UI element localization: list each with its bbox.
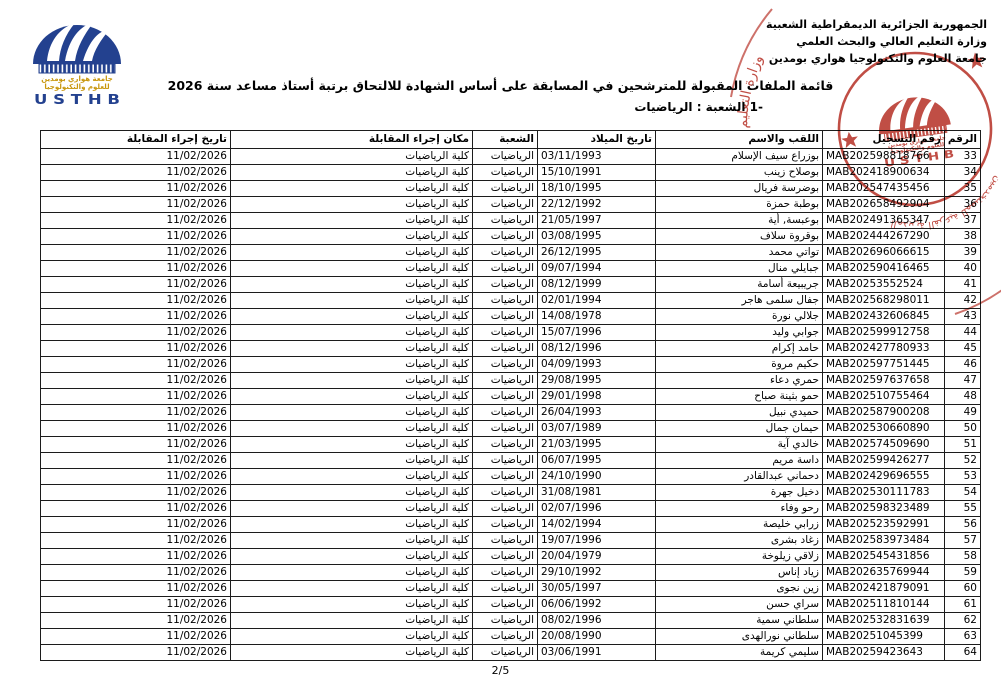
cell-birthdate: 31/08/1981	[538, 485, 656, 501]
cell-birthdate: 03/08/1995	[538, 229, 656, 245]
cell-number: 34	[945, 165, 981, 181]
cell-registration: MAB202587900208	[823, 405, 945, 421]
usthb-logo-icon: جامعة هواري بومدين للعلوم والتكنولوجيا U…	[28, 14, 126, 108]
page-number: 2/5	[0, 664, 1001, 677]
cell-registration: MAB202597751445	[823, 357, 945, 373]
cell-name: حمو بثينة صباح	[656, 389, 823, 405]
cell-venue: كلية الرياضيات	[231, 533, 473, 549]
cell-birthdate: 18/10/1995	[538, 181, 656, 197]
cell-venue: كلية الرياضيات	[231, 517, 473, 533]
table-header-row: الرقم رقم التسجيل اللقب والاسم تاريخ الم…	[41, 131, 981, 149]
table-row: 48 MAB202510755464 حمو بثينة صباح 29/01/…	[41, 389, 981, 405]
cell-number: 54	[945, 485, 981, 501]
cell-branch: الرياضيات	[473, 357, 538, 373]
cell-branch: الرياضيات	[473, 261, 538, 277]
cell-number: 46	[945, 357, 981, 373]
cell-interview-date: 11/02/2026	[41, 581, 231, 597]
cell-birthdate: 03/07/1989	[538, 421, 656, 437]
gov-line-republic: الجمهورية الجزائرية الديمقراطية الشعبية	[766, 16, 987, 33]
cell-branch: الرياضيات	[473, 469, 538, 485]
cell-venue: كلية الرياضيات	[231, 357, 473, 373]
cell-interview-date: 11/02/2026	[41, 629, 231, 645]
cell-birthdate: 29/01/1998	[538, 389, 656, 405]
cell-registration: MAB202530111783	[823, 485, 945, 501]
cell-birthdate: 26/12/1995	[538, 245, 656, 261]
cell-interview-date: 11/02/2026	[41, 565, 231, 581]
cell-branch: الرياضيات	[473, 565, 538, 581]
cell-number: 60	[945, 581, 981, 597]
cell-registration: MAB202545431856	[823, 549, 945, 565]
cell-interview-date: 11/02/2026	[41, 437, 231, 453]
cell-venue: كلية الرياضيات	[231, 421, 473, 437]
cell-registration: MAB202427780933	[823, 341, 945, 357]
cell-venue: كلية الرياضيات	[231, 597, 473, 613]
cell-name: بوزراع سيف الإسلام	[656, 149, 823, 165]
cell-registration: MAB20259423643	[823, 645, 945, 661]
cell-interview-date: 11/02/2026	[41, 293, 231, 309]
cell-branch: الرياضيات	[473, 229, 538, 245]
table-row: 41 MAB20253552524 جريبيعة أسامة 08/12/19…	[41, 277, 981, 293]
cell-number: 53	[945, 469, 981, 485]
cell-birthdate: 30/05/1997	[538, 581, 656, 597]
government-header: الجمهورية الجزائرية الديمقراطية الشعبية …	[766, 16, 987, 67]
cell-number: 45	[945, 341, 981, 357]
cell-venue: كلية الرياضيات	[231, 565, 473, 581]
cell-registration: MAB202511810144	[823, 597, 945, 613]
cell-interview-date: 11/02/2026	[41, 309, 231, 325]
logo-striped-band	[39, 64, 115, 73]
cell-registration: MAB202530660890	[823, 421, 945, 437]
cell-number: 63	[945, 629, 981, 645]
document-page: الجمهورية الجزائرية الديمقراطية الشعبية …	[0, 0, 1001, 700]
cell-name: بوقروة سلاف	[656, 229, 823, 245]
cell-registration: MAB202432606845	[823, 309, 945, 325]
cell-branch: الرياضيات	[473, 597, 538, 613]
cell-venue: كلية الرياضيات	[231, 549, 473, 565]
cell-registration: MAB20253552524	[823, 277, 945, 293]
cell-branch: الرياضيات	[473, 517, 538, 533]
table-row: 58 MAB202545431856 زلاقي زيلوخة 20/04/19…	[41, 549, 981, 565]
cell-name: زياد إناس	[656, 565, 823, 581]
cell-branch: الرياضيات	[473, 181, 538, 197]
cell-interview-date: 11/02/2026	[41, 549, 231, 565]
cell-number: 55	[945, 501, 981, 517]
cell-interview-date: 11/02/2026	[41, 485, 231, 501]
cell-interview-date: 11/02/2026	[41, 181, 231, 197]
cell-name: تواتي محمد	[656, 245, 823, 261]
cell-number: 47	[945, 373, 981, 389]
cell-branch: الرياضيات	[473, 213, 538, 229]
cell-venue: كلية الرياضيات	[231, 501, 473, 517]
cell-venue: كلية الرياضيات	[231, 277, 473, 293]
cell-birthdate: 29/08/1995	[538, 373, 656, 389]
cell-branch: الرياضيات	[473, 197, 538, 213]
table-row: 54 MAB202530111783 دخيل جهرة 31/08/1981 …	[41, 485, 981, 501]
cell-registration: MAB202599912758	[823, 325, 945, 341]
cell-interview-date: 11/02/2026	[41, 453, 231, 469]
cell-venue: كلية الرياضيات	[231, 485, 473, 501]
cell-birthdate: 08/12/1996	[538, 341, 656, 357]
cell-name: داسة مريم	[656, 453, 823, 469]
cell-birthdate: 21/03/1995	[538, 437, 656, 453]
cell-interview-date: 11/02/2026	[41, 245, 231, 261]
cell-interview-date: 11/02/2026	[41, 645, 231, 661]
cell-venue: كلية الرياضيات	[231, 293, 473, 309]
cell-registration: MAB202418900634	[823, 165, 945, 181]
cell-interview-date: 11/02/2026	[41, 357, 231, 373]
usthb-logo: جامعة هواري بومدين للعلوم والتكنولوجيا U…	[28, 14, 126, 112]
candidates-table: الرقم رقم التسجيل اللقب والاسم تاريخ الم…	[40, 130, 981, 661]
cell-number: 50	[945, 421, 981, 437]
cell-registration: MAB202598323489	[823, 501, 945, 517]
cell-branch: الرياضيات	[473, 389, 538, 405]
table-row: 57 MAB202583973484 زغاد بشرى 19/07/1996 …	[41, 533, 981, 549]
cell-branch: الرياضيات	[473, 485, 538, 501]
table-row: 47 MAB202597637658 حمري دعاء 29/08/1995 …	[41, 373, 981, 389]
cell-registration: MAB202599426277	[823, 453, 945, 469]
cell-number: 56	[945, 517, 981, 533]
cell-interview-date: 11/02/2026	[41, 517, 231, 533]
table-row: 56 MAB202523592991 زرابي خليصة 14/02/199…	[41, 517, 981, 533]
col-registration-header: رقم التسجيل	[823, 131, 945, 149]
cell-branch: الرياضيات	[473, 325, 538, 341]
cell-birthdate: 22/12/1992	[538, 197, 656, 213]
table-row: 45 MAB202427780933 حامد إكرام 08/12/1996…	[41, 341, 981, 357]
cell-interview-date: 11/02/2026	[41, 405, 231, 421]
cell-venue: كلية الرياضيات	[231, 645, 473, 661]
cell-branch: الرياضيات	[473, 581, 538, 597]
cell-name: حامد إكرام	[656, 341, 823, 357]
cell-number: 33	[945, 149, 981, 165]
cell-number: 40	[945, 261, 981, 277]
table-row: 63 MAB20251045399 سلطاني نورالهدى 20/08/…	[41, 629, 981, 645]
cell-name: حميدي نبيل	[656, 405, 823, 421]
cell-branch: الرياضيات	[473, 533, 538, 549]
cell-birthdate: 14/02/1994	[538, 517, 656, 533]
cell-number: 49	[945, 405, 981, 421]
cell-name: زغاد بشرى	[656, 533, 823, 549]
cell-venue: كلية الرياضيات	[231, 405, 473, 421]
cell-birthdate: 19/07/1996	[538, 533, 656, 549]
cell-name: بوصلاح زينب	[656, 165, 823, 181]
cell-interview-date: 11/02/2026	[41, 341, 231, 357]
cell-venue: كلية الرياضيات	[231, 629, 473, 645]
cell-venue: كلية الرياضيات	[231, 149, 473, 165]
table-row: 35 MAB202547435456 بوضرسة فريال 18/10/19…	[41, 181, 981, 197]
cell-venue: كلية الرياضيات	[231, 165, 473, 181]
branch-number: 1-	[750, 100, 763, 114]
cell-interview-date: 11/02/2026	[41, 149, 231, 165]
cell-name: جلالي نورة	[656, 309, 823, 325]
table-row: 33 MAB202598818766 بوزراع سيف الإسلام 03…	[41, 149, 981, 165]
cell-name: حيمان جمال	[656, 421, 823, 437]
cell-number: 39	[945, 245, 981, 261]
cell-interview-date: 11/02/2026	[41, 597, 231, 613]
cell-birthdate: 08/12/1999	[538, 277, 656, 293]
cell-branch: الرياضيات	[473, 549, 538, 565]
cell-birthdate: 03/11/1993	[538, 149, 656, 165]
cell-birthdate: 15/10/1991	[538, 165, 656, 181]
col-venue-header: مكان إجراء المقابلة	[231, 131, 473, 149]
table-row: 34 MAB202418900634 بوصلاح زينب 15/10/199…	[41, 165, 981, 181]
cell-number: 37	[945, 213, 981, 229]
cell-number: 38	[945, 229, 981, 245]
cell-birthdate: 02/01/1994	[538, 293, 656, 309]
cell-registration: MAB202444267290	[823, 229, 945, 245]
cell-birthdate: 03/06/1991	[538, 645, 656, 661]
table-row: 50 MAB202530660890 حيمان جمال 03/07/1989…	[41, 421, 981, 437]
table-row: 43 MAB202432606845 جلالي نورة 14/08/1978…	[41, 309, 981, 325]
cell-name: دخيل جهرة	[656, 485, 823, 501]
cell-name: حمري دعاء	[656, 373, 823, 389]
cell-birthdate: 20/08/1990	[538, 629, 656, 645]
table-row: 37 MAB202491365347 بوعبسة, أية 21/05/199…	[41, 213, 981, 229]
cell-name: خالدي آية	[656, 437, 823, 453]
cell-venue: كلية الرياضيات	[231, 389, 473, 405]
cell-venue: كلية الرياضيات	[231, 469, 473, 485]
cell-branch: الرياضيات	[473, 501, 538, 517]
gov-line-university: جامعة العلوم والتكنولوجيا هواري بومدين	[766, 50, 987, 67]
cell-interview-date: 11/02/2026	[41, 197, 231, 213]
cell-registration: MAB202568298011	[823, 293, 945, 309]
col-birthdate-header: تاريخ الميلاد	[538, 131, 656, 149]
table-row: 59 MAB202635769944 زياد إناس 29/10/1992 …	[41, 565, 981, 581]
cell-branch: الرياضيات	[473, 405, 538, 421]
cell-registration: MAB202590416465	[823, 261, 945, 277]
cell-number: 52	[945, 453, 981, 469]
cell-registration: MAB202429696555	[823, 469, 945, 485]
cell-registration: MAB202491365347	[823, 213, 945, 229]
cell-number: 51	[945, 437, 981, 453]
cell-birthdate: 02/07/1996	[538, 501, 656, 517]
cell-name: رحو وفاء	[656, 501, 823, 517]
cell-interview-date: 11/02/2026	[41, 325, 231, 341]
table-row: 53 MAB202429696555 دحماني عبدالقادر 24/1…	[41, 469, 981, 485]
cell-interview-date: 11/02/2026	[41, 389, 231, 405]
table-row: 55 MAB202598323489 رحو وفاء 02/07/1996 ا…	[41, 501, 981, 517]
cell-name: جفال سلمى هاجر	[656, 293, 823, 309]
page-title: قائمة الملفات المقبولة للمترشحين في المس…	[0, 78, 1001, 93]
cell-branch: الرياضيات	[473, 629, 538, 645]
cell-number: 62	[945, 613, 981, 629]
col-branch-header: الشعبة	[473, 131, 538, 149]
table-row: 64 MAB20259423643 سليمي كريمة 03/06/1991…	[41, 645, 981, 661]
cell-venue: كلية الرياضيات	[231, 245, 473, 261]
cell-name: حكيم مروة	[656, 357, 823, 373]
cell-number: 41	[945, 277, 981, 293]
cell-name: زرابي خليصة	[656, 517, 823, 533]
cell-venue: كلية الرياضيات	[231, 261, 473, 277]
branch-subtitle: 1- الشعبة : الرياضيات	[634, 100, 763, 114]
cell-branch: الرياضيات	[473, 341, 538, 357]
cell-name: جبايلي منال	[656, 261, 823, 277]
cell-name: دحماني عبدالقادر	[656, 469, 823, 485]
cell-birthdate: 26/04/1993	[538, 405, 656, 421]
cell-registration: MAB202547435456	[823, 181, 945, 197]
cell-name: زلاقي زيلوخة	[656, 549, 823, 565]
cell-interview-date: 11/02/2026	[41, 421, 231, 437]
cell-branch: الرياضيات	[473, 165, 538, 181]
cell-branch: الرياضيات	[473, 613, 538, 629]
cell-number: 61	[945, 597, 981, 613]
cell-branch: الرياضيات	[473, 245, 538, 261]
cell-birthdate: 04/09/1993	[538, 357, 656, 373]
logo-acronym: U S T H B	[34, 93, 120, 108]
cell-venue: كلية الرياضيات	[231, 613, 473, 629]
cell-number: 58	[945, 549, 981, 565]
table-row: 51 MAB202574509690 خالدي آية 21/03/1995 …	[41, 437, 981, 453]
cell-branch: الرياضيات	[473, 373, 538, 389]
cell-interview-date: 11/02/2026	[41, 165, 231, 181]
cell-registration: MAB202658492904	[823, 197, 945, 213]
cell-registration: MAB202510755464	[823, 389, 945, 405]
cell-venue: كلية الرياضيات	[231, 309, 473, 325]
cell-name: سلطاني سمية	[656, 613, 823, 629]
cell-birthdate: 20/04/1979	[538, 549, 656, 565]
cell-branch: الرياضيات	[473, 421, 538, 437]
cell-number: 42	[945, 293, 981, 309]
table-row: 44 MAB202599912758 جوابي وليد 15/07/1996…	[41, 325, 981, 341]
table-row: 42 MAB202568298011 جفال سلمى هاجر 02/01/…	[41, 293, 981, 309]
table-row: 49 MAB202587900208 حميدي نبيل 26/04/1993…	[41, 405, 981, 421]
cell-registration: MAB20251045399	[823, 629, 945, 645]
cell-branch: الرياضيات	[473, 437, 538, 453]
cell-interview-date: 11/02/2026	[41, 261, 231, 277]
table-row: 38 MAB202444267290 بوقروة سلاف 03/08/199…	[41, 229, 981, 245]
cell-registration: MAB202574509690	[823, 437, 945, 453]
cell-venue: كلية الرياضيات	[231, 213, 473, 229]
cell-name: بوطبة حمزة	[656, 197, 823, 213]
cell-interview-date: 11/02/2026	[41, 613, 231, 629]
cell-interview-date: 11/02/2026	[41, 533, 231, 549]
cell-branch: الرياضيات	[473, 293, 538, 309]
cell-registration: MAB202635769944	[823, 565, 945, 581]
cell-venue: كلية الرياضيات	[231, 325, 473, 341]
table-row: 46 MAB202597751445 حكيم مروة 04/09/1993 …	[41, 357, 981, 373]
table-row: 40 MAB202590416465 جبايلي منال 09/07/199…	[41, 261, 981, 277]
cell-number: 36	[945, 197, 981, 213]
col-interview-date-header: تاريخ إجراء المقابلة	[41, 131, 231, 149]
cell-registration: MAB202532831639	[823, 613, 945, 629]
cell-name: جريبيعة أسامة	[656, 277, 823, 293]
gov-line-ministry: وزارة التعليم العالي والبحث العلمي	[766, 33, 987, 50]
cell-name: سلطاني نورالهدى	[656, 629, 823, 645]
cell-branch: الرياضيات	[473, 149, 538, 165]
table-row: 60 MAB202421879091 زين نجوى 30/05/1997 ا…	[41, 581, 981, 597]
cell-name: سراي حسن	[656, 597, 823, 613]
col-name-header: اللقب والاسم	[656, 131, 823, 149]
branch-label: الشعبة : الرياضيات	[634, 100, 745, 114]
cell-number: 48	[945, 389, 981, 405]
cell-venue: كلية الرياضيات	[231, 341, 473, 357]
cell-venue: كلية الرياضيات	[231, 197, 473, 213]
cell-interview-date: 11/02/2026	[41, 501, 231, 517]
cell-number: 57	[945, 533, 981, 549]
table-row: 62 MAB202532831639 سلطاني سمية 08/02/199…	[41, 613, 981, 629]
cell-birthdate: 14/08/1978	[538, 309, 656, 325]
cell-venue: كلية الرياضيات	[231, 453, 473, 469]
cell-birthdate: 06/07/1995	[538, 453, 656, 469]
cell-birthdate: 06/06/1992	[538, 597, 656, 613]
col-number-header: الرقم	[945, 131, 981, 149]
cell-name: زين نجوى	[656, 581, 823, 597]
cell-birthdate: 09/07/1994	[538, 261, 656, 277]
cell-birthdate: 08/02/1996	[538, 613, 656, 629]
cell-venue: كلية الرياضيات	[231, 229, 473, 245]
cell-interview-date: 11/02/2026	[41, 469, 231, 485]
table-row: 36 MAB202658492904 بوطبة حمزة 22/12/1992…	[41, 197, 981, 213]
cell-registration: MAB202523592991	[823, 517, 945, 533]
cell-venue: كلية الرياضيات	[231, 437, 473, 453]
table-body: 33 MAB202598818766 بوزراع سيف الإسلام 03…	[41, 149, 981, 661]
cell-number: 43	[945, 309, 981, 325]
cell-branch: الرياضيات	[473, 645, 538, 661]
cell-interview-date: 11/02/2026	[41, 277, 231, 293]
table-row: 39 MAB202696066615 تواتي محمد 26/12/1995…	[41, 245, 981, 261]
cell-venue: كلية الرياضيات	[231, 373, 473, 389]
cell-name: بوعبسة, أية	[656, 213, 823, 229]
cell-branch: الرياضيات	[473, 277, 538, 293]
cell-interview-date: 11/02/2026	[41, 229, 231, 245]
cell-branch: الرياضيات	[473, 453, 538, 469]
table-row: 61 MAB202511810144 سراي حسن 06/06/1992 ا…	[41, 597, 981, 613]
cell-registration: MAB202696066615	[823, 245, 945, 261]
cell-birthdate: 29/10/1992	[538, 565, 656, 581]
cell-interview-date: 11/02/2026	[41, 373, 231, 389]
cell-name: بوضرسة فريال	[656, 181, 823, 197]
cell-name: جوابي وليد	[656, 325, 823, 341]
cell-venue: كلية الرياضيات	[231, 181, 473, 197]
cell-name: سليمي كريمة	[656, 645, 823, 661]
cell-venue: كلية الرياضيات	[231, 581, 473, 597]
cell-registration: MAB202421879091	[823, 581, 945, 597]
cell-birthdate: 15/07/1996	[538, 325, 656, 341]
table-row: 52 MAB202599426277 داسة مريم 06/07/1995 …	[41, 453, 981, 469]
cell-birthdate: 24/10/1990	[538, 469, 656, 485]
cell-number: 64	[945, 645, 981, 661]
cell-number: 44	[945, 325, 981, 341]
cell-registration: MAB202583973484	[823, 533, 945, 549]
cell-branch: الرياضيات	[473, 309, 538, 325]
cell-number: 59	[945, 565, 981, 581]
cell-interview-date: 11/02/2026	[41, 213, 231, 229]
cell-registration: MAB202597637658	[823, 373, 945, 389]
cell-registration: MAB202598818766	[823, 149, 945, 165]
cell-number: 35	[945, 181, 981, 197]
cell-birthdate: 21/05/1997	[538, 213, 656, 229]
